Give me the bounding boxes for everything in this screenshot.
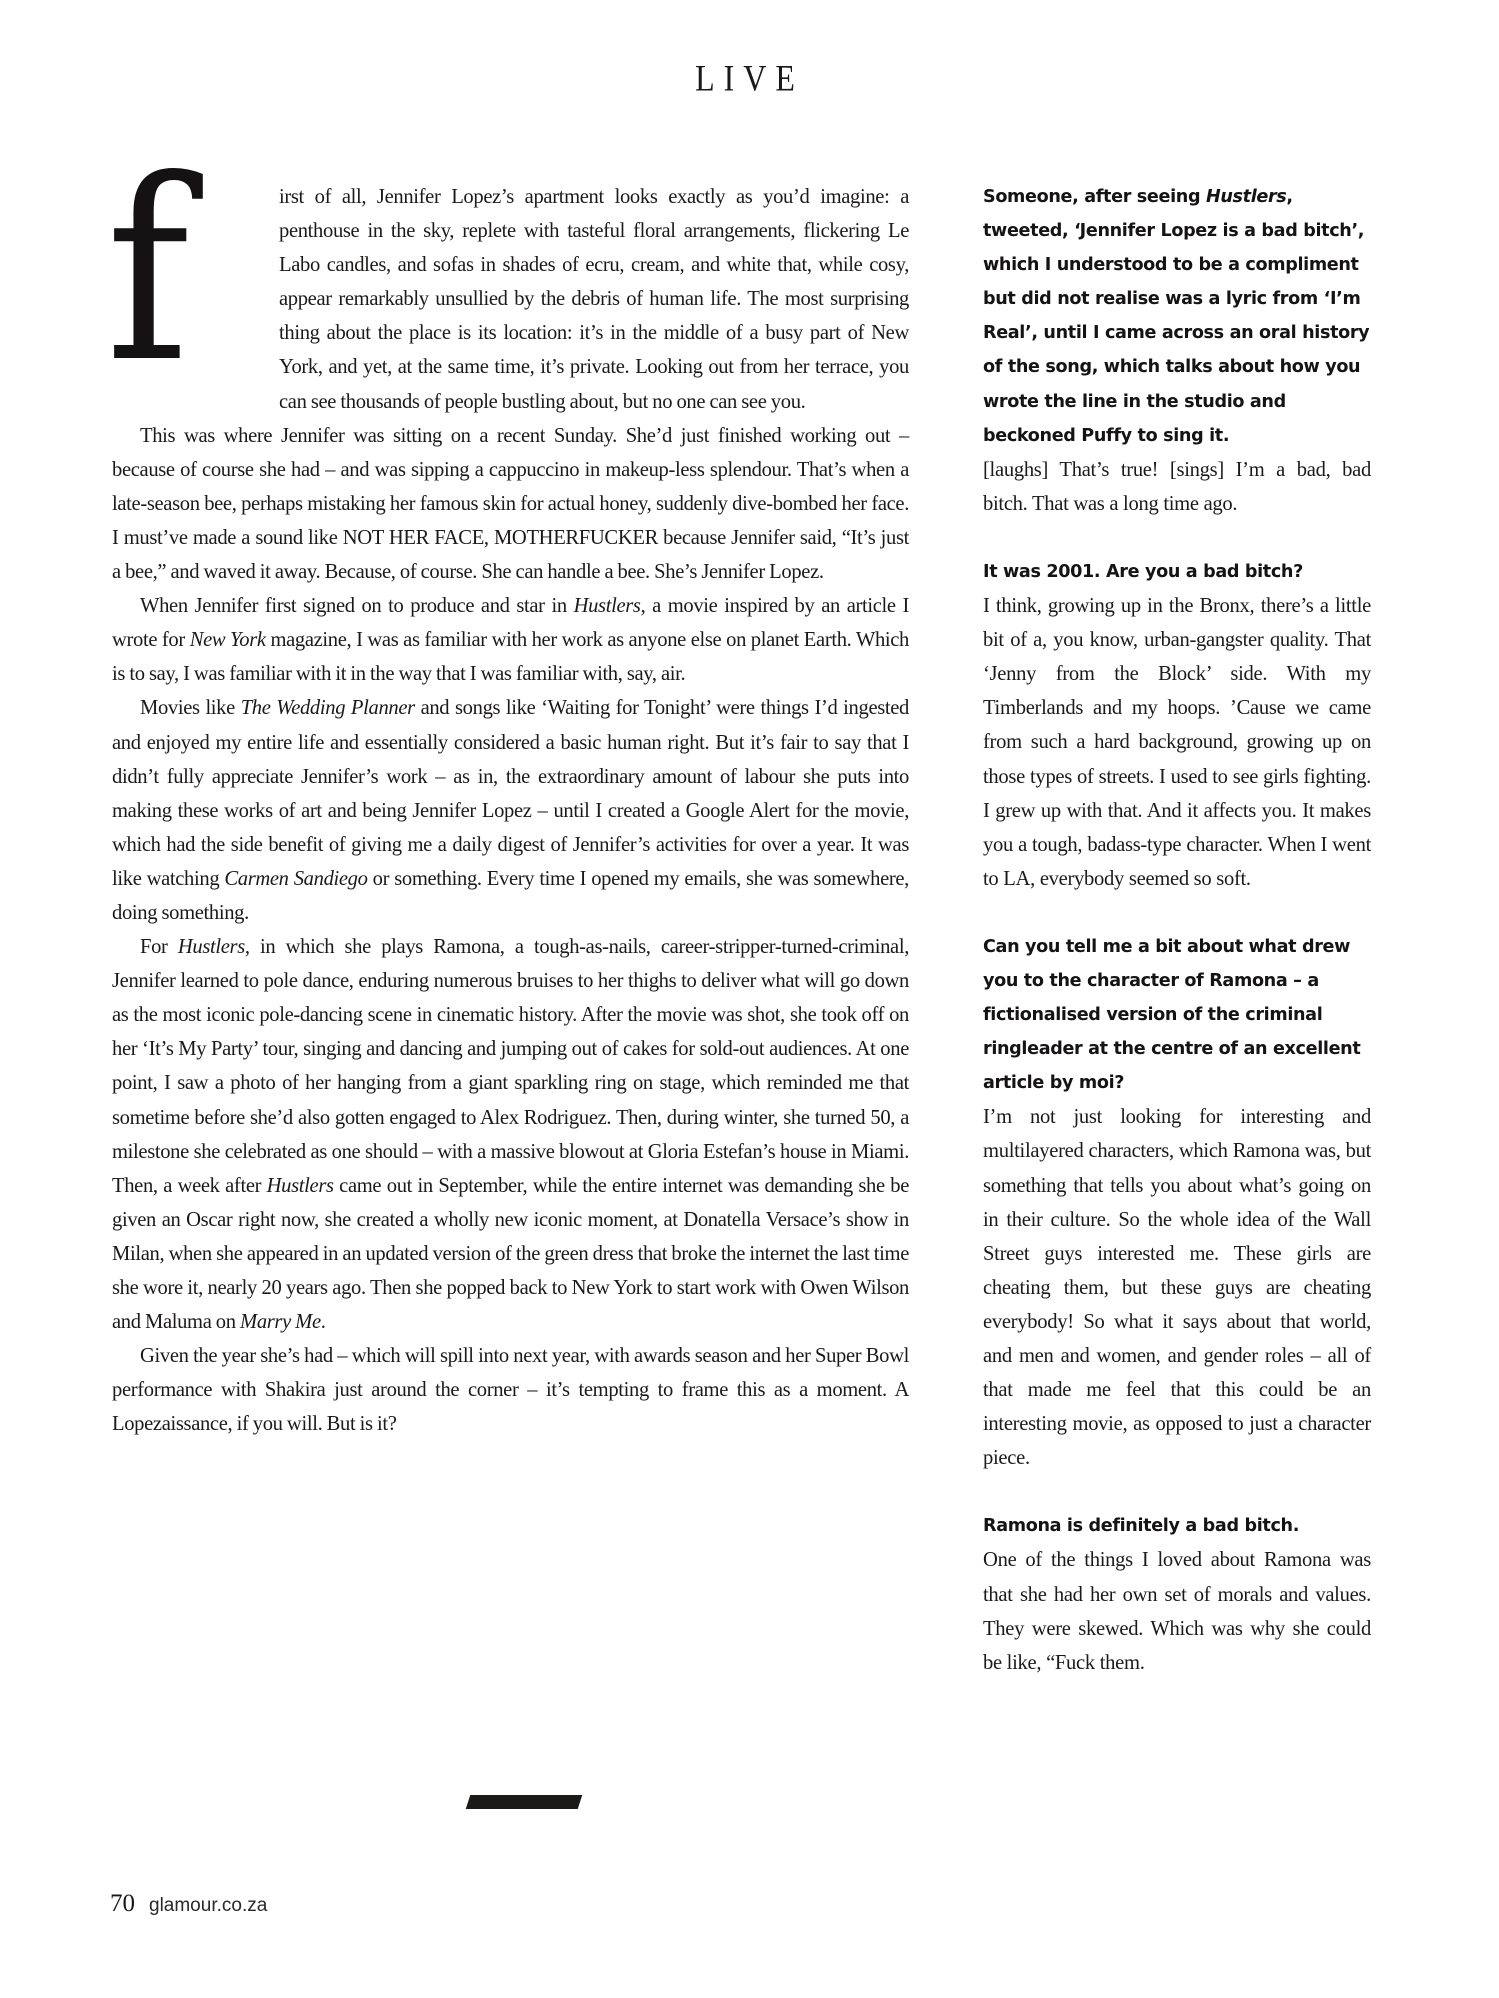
title-marry-me: Marry Me — [240, 1311, 321, 1333]
page-number: 70 — [110, 1890, 135, 1918]
title-new-york: New York — [190, 629, 266, 651]
article-paragraph-6: Given the year she’s had – which will sp… — [112, 1339, 909, 1441]
interview-answer-3: I’m not just looking for interesting and… — [983, 1100, 1371, 1475]
interview-column: Someone, after seeing Hustlers, tweeted,… — [983, 180, 1371, 1680]
drop-cap: f — [106, 172, 262, 412]
article-paragraph-5: For Hustlers, in which she plays Ramona,… — [112, 930, 909, 1339]
interview-answer-2: I think, growing up in the Bronx, there’… — [983, 589, 1371, 896]
article-body: first of all, Jennifer Lopez’s apartment… — [112, 180, 909, 1441]
article-paragraph-2: This was where Jennifer was sitting on a… — [112, 419, 909, 589]
interview-question-3: Can you tell me a bit about what drew yo… — [983, 930, 1371, 1100]
section-label: LIVE — [0, 57, 1499, 100]
title-wedding-planner: The Wedding Planner — [241, 697, 415, 719]
article-paragraph-4: Movies like The Wedding Planner and song… — [112, 691, 909, 930]
article-paragraph-1: first of all, Jennifer Lopez’s apartment… — [112, 180, 909, 419]
interview-answer-1: [laughs] That’s true! [sings] I’m a bad,… — [983, 453, 1371, 521]
page-footer: 70 glamour.co.za — [110, 1890, 267, 1918]
title-carmen-sandiego: Carmen Sandiego — [224, 868, 367, 890]
article-paragraph-3: When Jennifer first signed on to produce… — [112, 589, 909, 691]
interview-question-1: Someone, after seeing Hustlers, tweeted,… — [983, 180, 1371, 453]
section-end-bar — [466, 1795, 583, 1809]
interview-answer-4: One of the things I loved about Ramona w… — [983, 1543, 1371, 1679]
title-hustlers: Hustlers — [574, 595, 641, 617]
site-url: glamour.co.za — [149, 1895, 267, 1917]
interview-question-2: It was 2001. Are you a bad bitch? — [983, 555, 1371, 589]
interview-question-4: Ramona is definitely a bad bitch. — [983, 1509, 1371, 1543]
